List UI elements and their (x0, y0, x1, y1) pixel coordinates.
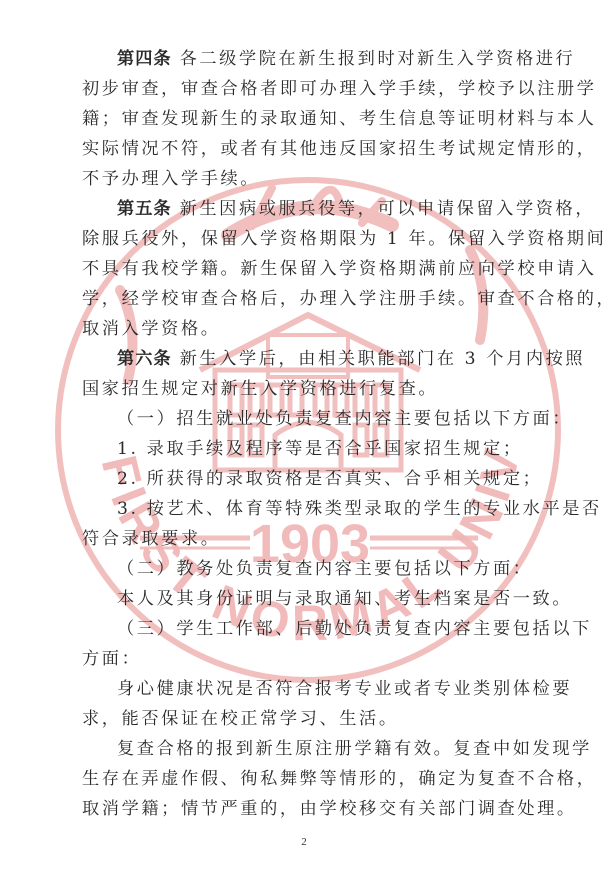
article-number: 第五条 (117, 199, 172, 219)
article-heading-line: 第五条新生因病或服兵役等，可以申请保留入学资格， (82, 194, 534, 224)
article-heading-line: 第四条各二级学院在新生报到时对新生入学资格进行 (82, 44, 534, 74)
text-line: 初步审查，审查合格者即可办理入学手续，学校予以注册学 (82, 74, 534, 104)
document-page: 1903 HUNAN FIRST NORMAL UNIVERSITY 第四条各二… (0, 0, 608, 877)
text-line: 求，能否保证在校正常学习、生活。 (82, 704, 534, 734)
article-heading-line: 第六条新生入学后，由相关职能部门在 3 个月内按照 (82, 344, 534, 374)
article-number: 第六条 (117, 349, 172, 369)
line-text: 求，能否保证在校正常学习、生活。 (82, 709, 399, 729)
line-text: 方面： (82, 649, 141, 669)
line-text: （一）招生就业处负责复查内容主要包括以下方面： (117, 409, 572, 429)
text-line: 2. 所获得的录取资格是否真实、合乎相关规定； (82, 464, 534, 494)
text-line: （三）学生工作部、后勤处负责复查内容主要包括以下 (82, 614, 534, 644)
line-text: 新生入学后，由相关职能部门在 3 个月内按照 (180, 349, 586, 369)
line-text: 身心健康状况是否符合报考专业或者专业类别体检要 (117, 679, 572, 699)
line-text: 学，经学校审查合格后，办理入学注册手续。审查不合格的， (82, 289, 608, 309)
line-text: 实际情况不符，或者有其他违反国家招生考试规定情形的， (82, 139, 596, 159)
document-body: 第四条各二级学院在新生报到时对新生入学资格进行初步审查，审查合格者即可办理入学手… (82, 44, 534, 824)
line-text: 不具有我校学籍。新生保留入学资格期满前应向学校申请入 (82, 259, 596, 279)
text-line: 3. 按艺术、体育等特殊类型录取的学生的专业水平是否 (82, 494, 534, 524)
line-text: 不予办理入学手续。 (82, 169, 260, 189)
article-number: 第四条 (117, 49, 172, 69)
text-line: 取消入学资格。 (82, 314, 534, 344)
text-line: 生存在弄虚作假、徇私舞弊等情形的，确定为复查不合格， (82, 764, 534, 794)
line-text: 生存在弄虚作假、徇私舞弊等情形的，确定为复查不合格， (82, 769, 596, 789)
line-text: 复查合格的报到新生原注册学籍有效。复查中如发现学 (117, 739, 592, 759)
line-text: 取消入学资格。 (82, 319, 221, 339)
line-text: 各二级学院在新生报到时对新生入学资格进行 (180, 49, 576, 69)
text-line: 取消学籍；情节严重的，由学校移交有关部门调查处理。 (82, 794, 534, 824)
line-text: 籍；审查发现新生的录取通知、考生信息等证明材料与本人 (82, 109, 596, 129)
text-line: 籍；审查发现新生的录取通知、考生信息等证明材料与本人 (82, 104, 534, 134)
line-text: 国家招生规定对新生入学资格进行复查。 (82, 379, 438, 399)
line-text: 取消学籍；情节严重的，由学校移交有关部门调查处理。 (82, 799, 577, 819)
text-line: 不具有我校学籍。新生保留入学资格期满前应向学校申请入 (82, 254, 534, 284)
text-line: 复查合格的报到新生原注册学籍有效。复查中如发现学 (82, 734, 534, 764)
text-line: （一）招生就业处负责复查内容主要包括以下方面： (82, 404, 534, 434)
text-line: 不予办理入学手续。 (82, 164, 534, 194)
text-line: 国家招生规定对新生入学资格进行复查。 (82, 374, 534, 404)
text-line: 符合录取要求。 (82, 524, 534, 554)
text-line: （二）教务处负责复查内容主要包括以下方面： (82, 554, 534, 584)
line-text: 2. 所获得的录取资格是否真实、合乎相关规定； (117, 469, 542, 489)
text-line: 身心健康状况是否符合报考专业或者专业类别体检要 (82, 674, 534, 704)
line-text: 初步审查，审查合格者即可办理入学手续，学校予以注册学 (82, 79, 596, 99)
line-text: （三）学生工作部、后勤处负责复查内容主要包括以下 (117, 619, 592, 639)
text-line: 除服兵役外，保留入学资格期限为 1 年。保留入学资格期间 (82, 224, 534, 254)
text-line: 本人及其身份证明与录取通知、考生档案是否一致。 (82, 584, 534, 614)
line-text: 1. 录取手续及程序等是否合乎国家招生规定； (117, 439, 523, 459)
line-text: 3. 按艺术、体育等特殊类型录取的学生的专业水平是否 (117, 499, 602, 519)
line-text: 除服兵役外，保留入学资格期限为 1 年。保留入学资格期间 (82, 229, 606, 249)
page-number: 2 (0, 836, 608, 848)
text-line: 方面： (82, 644, 534, 674)
line-text: 符合录取要求。 (82, 529, 221, 549)
text-line: 实际情况不符，或者有其他违反国家招生考试规定情形的， (82, 134, 534, 164)
text-line: 1. 录取手续及程序等是否合乎国家招生规定； (82, 434, 534, 464)
line-text: （二）教务处负责复查内容主要包括以下方面： (117, 559, 533, 579)
text-line: 学，经学校审查合格后，办理入学注册手续。审查不合格的， (82, 284, 534, 314)
line-text: 本人及其身份证明与录取通知、考生档案是否一致。 (117, 589, 572, 609)
line-text: 新生因病或服兵役等，可以申请保留入学资格， (180, 199, 596, 219)
